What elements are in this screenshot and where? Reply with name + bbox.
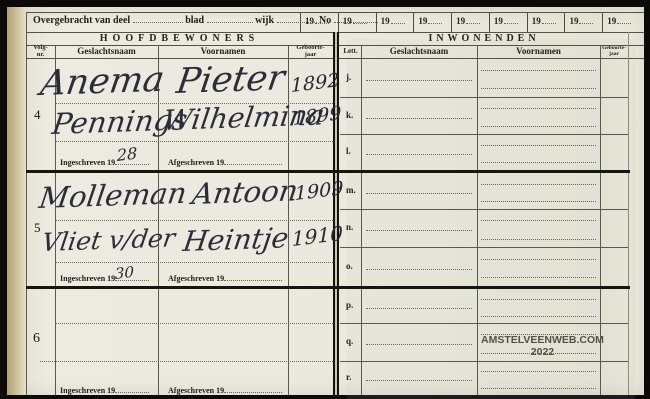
year-cell: 19 <box>451 12 489 32</box>
letter-label: o. <box>346 261 353 271</box>
letter-label: l. <box>346 146 351 156</box>
register-card-scan: Overgebracht van deel blad wijk No 19 19… <box>0 0 650 399</box>
blank-deel <box>133 14 183 23</box>
writing-line <box>55 323 333 324</box>
volgnr-6: 6 <box>33 331 40 347</box>
year-blank <box>542 16 556 24</box>
hw-ingeschreven-jaar: 28 <box>117 144 138 165</box>
letter-label: m. <box>346 185 356 195</box>
col-geslachtsnaam-header: Geslachtsnaam <box>55 45 158 58</box>
year-cell: 19 <box>489 12 527 32</box>
year-cell: 19 <box>564 12 602 32</box>
writing-line <box>40 361 333 362</box>
page-edge-rule <box>628 32 629 395</box>
letter-label: p. <box>346 300 353 310</box>
transfer-label-wijk: wijk <box>255 15 274 26</box>
writing-line <box>55 262 333 263</box>
year-cell: 19 <box>527 12 565 32</box>
volgnr-4: 4 <box>34 107 41 123</box>
year-blank <box>353 16 367 24</box>
ingeschreven-label: Ingeschreven 19 <box>60 272 149 283</box>
watermark-site: AMSTELVEENWEB.COM <box>481 334 604 346</box>
lodger-row-p: p. <box>340 289 628 324</box>
hw-voornamen: Pieter <box>174 58 287 102</box>
year-blank <box>428 16 442 24</box>
lodger-row-l: l. <box>340 134 628 170</box>
hw-voornamen: Heintje <box>181 221 291 258</box>
ingeschreven-label: Ingeschreven 19 <box>60 384 149 395</box>
col-geslachtsnaam-header-right: Geslachtsnaam <box>361 45 477 58</box>
year-cells-row: 19 19 19 19 19 19 19 19 19 <box>300 12 640 32</box>
transfer-label-deel: Overgebracht van deel <box>33 15 130 26</box>
letter-label: r. <box>346 372 351 382</box>
year-cell: 19 <box>338 12 376 32</box>
afgeschreven-label: Afgeschreven 19 <box>168 384 282 395</box>
col-voornamen-header: Voornamen <box>158 45 288 58</box>
transfer-label-blad: blad <box>185 15 204 26</box>
year-blank <box>617 16 631 24</box>
year-blank <box>391 16 405 24</box>
col-voornamen-header-right: Voornamen <box>477 45 600 58</box>
hw-geslachtsnaam: Vliet v/der <box>40 223 177 257</box>
col-geboortejaar-header-right: Geboorte- jaar <box>600 45 628 58</box>
lodger-row-k: k. <box>340 97 628 135</box>
year-blank <box>579 16 593 24</box>
year-cell: 19 <box>300 12 338 32</box>
book-spine-edge <box>7 7 26 395</box>
blank-blad <box>207 14 253 23</box>
afgeschreven-label: Afgeschreven 19 <box>168 156 282 167</box>
lodger-row-m: m. <box>340 173 628 210</box>
lodger-row-n: n. <box>340 209 628 248</box>
hw-geslachtsnaam: Anema <box>38 60 167 104</box>
inwonenden-title: INWONENDEN <box>340 32 628 45</box>
letter-label: k. <box>346 110 353 120</box>
volgnr-5: 5 <box>34 220 41 236</box>
hoofdbewoners-title: HOOFDBEWONERS <box>26 32 333 45</box>
letter-label: j. <box>346 72 351 82</box>
lodger-row-o: o. <box>340 247 628 286</box>
watermark-year: 2022 <box>481 346 604 358</box>
afgeschreven-label: Afgeschreven 19 <box>168 272 282 283</box>
writing-line <box>55 220 333 221</box>
year-blank <box>466 16 480 24</box>
col-lett-header: Lett. <box>340 45 361 58</box>
hw-voornamen: Antoon <box>190 173 300 211</box>
watermark: AMSTELVEENWEB.COM 2022 <box>477 334 603 358</box>
letter-label: n. <box>346 222 353 232</box>
year-blank <box>504 16 518 24</box>
rule <box>26 12 27 395</box>
hw-ingeschreven-jaar: 30 <box>115 263 135 283</box>
writing-line <box>55 141 333 142</box>
col-geboortejaar-header: Geboorte- jaar <box>288 45 333 58</box>
year-blank <box>315 16 329 24</box>
year-cell: 19 <box>413 12 451 32</box>
year-cell: 19 <box>376 12 414 32</box>
letter-label: q. <box>346 336 353 346</box>
watermark-text: AMSTELVEENWEB.COM 2022 <box>481 334 604 358</box>
year-cell: 19 <box>602 12 640 32</box>
lodger-row-r: r. <box>340 361 628 395</box>
hw-geslachtsnaam: Molleman <box>37 176 189 215</box>
lodger-row-j: j. <box>340 58 628 98</box>
col-volgnr-header: Volg- nr. <box>26 45 55 58</box>
